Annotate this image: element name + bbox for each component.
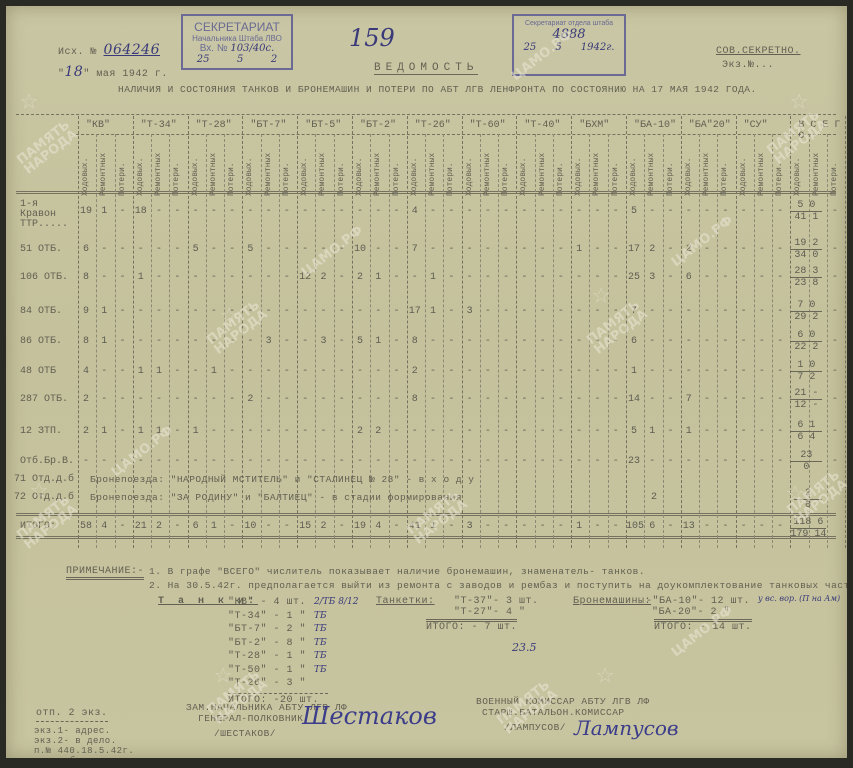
table-cell: - (279, 426, 295, 437)
table-cell: - (169, 272, 185, 283)
table-cell: - (754, 336, 770, 347)
table-cell: - (717, 426, 733, 437)
table-cell: - (115, 244, 131, 255)
table-cell: - (297, 306, 313, 317)
table-cell: 12 (297, 272, 313, 283)
totals-cell: 1 (571, 521, 587, 532)
table-cell: - (754, 272, 770, 283)
table-cell: 8 (407, 336, 423, 347)
table-cell: - (242, 336, 258, 347)
table-cell: - (334, 456, 350, 467)
subcolumn-header: Потери. (227, 141, 236, 196)
table-cell: 3 (315, 336, 331, 347)
row-label: 106 ОТБ. (20, 272, 68, 283)
table-cell: 3 (644, 272, 660, 283)
total-losses: - (827, 244, 843, 255)
table-cell: - (297, 244, 313, 255)
table-cell: 3 (462, 306, 478, 317)
table-cell: - (261, 244, 277, 255)
column-divider (571, 116, 572, 548)
totals-cell: 1 (206, 521, 222, 532)
table-cell: - (206, 456, 222, 467)
table-cell: - (717, 272, 733, 283)
table-cell: 6 (626, 336, 642, 347)
column-divider (516, 116, 517, 548)
subcolumn-header: Ходовых. (793, 141, 802, 196)
column-divider (626, 116, 627, 548)
totals-cell: 58 (78, 521, 94, 532)
subcolumn-header: Ходовых. (739, 141, 748, 196)
column-group-header: "БХМ" (579, 120, 624, 131)
totals-cell: 41 (407, 521, 423, 532)
table-cell: - (717, 456, 733, 467)
column-divider (681, 116, 682, 548)
table-cell: - (206, 272, 222, 283)
subcolumn-header: Потери. (392, 141, 401, 196)
subcolumn-header: Ходовых. (684, 141, 693, 196)
table-cell: - (169, 426, 185, 437)
table-cell: - (717, 336, 733, 347)
table-cell: 1 (133, 272, 149, 283)
distribution-list: экз.1- адрес. экз.2- в дело. п.№ 440.18.… (34, 726, 134, 758)
table-cell: - (699, 336, 715, 347)
totals-cell: 105 (626, 521, 642, 532)
table-cell: - (297, 456, 313, 467)
table-cell: - (133, 456, 149, 467)
table-cell: 1 (370, 336, 386, 347)
table-cell: - (717, 394, 733, 405)
table-cell: - (334, 366, 350, 377)
table-cell: 2 (407, 366, 423, 377)
outgoing-number-line: Исх. № 064246 (58, 42, 160, 58)
table-cell: 17 (407, 306, 423, 317)
table-cell: - (498, 456, 514, 467)
table-cell: - (589, 426, 605, 437)
table-cell: 1 (626, 366, 642, 377)
table-cell: - (608, 336, 624, 347)
table-cell: - (334, 336, 350, 347)
table-cell: - (261, 206, 277, 217)
table-cell: 25 (626, 272, 642, 283)
table-cell: - (115, 426, 131, 437)
table-cell: - (151, 336, 167, 347)
total-denominator: 22 2 (790, 342, 822, 353)
tankette-item: "Т-27"- 4 " (454, 607, 539, 618)
table-cell: - (352, 456, 368, 467)
star-watermark-icon: ☆ (30, 471, 48, 508)
totals-cell: - (772, 521, 788, 532)
table-cell: - (498, 306, 514, 317)
table-cell: - (535, 366, 551, 377)
totals-cell: - (608, 521, 624, 532)
staff-stamp: Секретариат отдела штаба 4888 25 5 1942г… (512, 14, 626, 76)
folio-number: 159 (349, 24, 395, 52)
tank-item: "КВ" - 4 шт. (228, 596, 328, 610)
grand-total-denominator: 179 14 (790, 529, 826, 540)
table-cell: - (462, 244, 478, 255)
table-cell: - (370, 206, 386, 217)
table-cell: - (462, 394, 478, 405)
star-watermark-icon: ☆ (596, 656, 614, 693)
totals-cell: - (224, 521, 240, 532)
subcolumn-header: Потери. (775, 141, 784, 196)
table-cell: - (188, 272, 204, 283)
staff-stamp-year: 1942г. (581, 42, 615, 53)
table-cell: - (188, 366, 204, 377)
table-cell: 5 (352, 336, 368, 347)
total-numerator: 21 - (790, 388, 822, 400)
table-cell: - (516, 426, 532, 437)
column-group-header: "Т-60" (470, 120, 515, 131)
table-cell: 1 (425, 272, 441, 283)
table-cell: - (188, 306, 204, 317)
table-cell: - (425, 456, 441, 467)
table-cell: - (389, 244, 405, 255)
table-cell: - (389, 272, 405, 283)
row-label: 287 ОТБ. (20, 394, 68, 405)
subcolumn-header: Ремонтных (812, 141, 821, 196)
table-cell: - (663, 206, 679, 217)
table-cell: 17 (626, 244, 642, 255)
subcolumn-header: Ремонтных (428, 141, 437, 196)
subcolumn-header: Ходовых. (245, 141, 254, 196)
table-cell: - (133, 394, 149, 405)
table-cell: - (115, 272, 131, 283)
table-cell: - (261, 456, 277, 467)
table-cell: 5 (242, 244, 258, 255)
table-cell: - (315, 244, 331, 255)
table-cell: - (169, 456, 185, 467)
table-cell: - (115, 336, 131, 347)
table-cell: - (188, 206, 204, 217)
table-cell: - (754, 206, 770, 217)
table-cell: - (736, 206, 752, 217)
table-cell: - (663, 306, 679, 317)
total-numerator: 5 0 (790, 200, 822, 212)
table-cell: - (206, 426, 222, 437)
table-cell: - (608, 426, 624, 437)
totals-cell: 10 (242, 521, 258, 532)
column-divider (78, 116, 79, 548)
table-cell: - (681, 336, 697, 347)
table-cell: - (389, 456, 405, 467)
total-denominator: 12 - (790, 400, 822, 411)
total-numerator: 19 2 (790, 238, 822, 250)
table-cell: - (535, 336, 551, 347)
table-cell: 10 (352, 244, 368, 255)
table-cell: - (224, 426, 240, 437)
totals-cell: - (480, 521, 496, 532)
totals-cell: - (261, 521, 277, 532)
table-cell: - (736, 244, 752, 255)
armored-cars-handwritten-note: у вс. вор. (П на Ам) (758, 594, 840, 603)
copy-2: экз.2- в дело. (34, 736, 134, 746)
table-cell: 1 (96, 206, 112, 217)
table-cell: - (663, 456, 679, 467)
table-cell: - (699, 206, 715, 217)
table-cell: 4 (407, 206, 423, 217)
subcolumn-header: Ремонтных (702, 141, 711, 196)
table-cell: - (754, 426, 770, 437)
table-cell: - (608, 366, 624, 377)
table-cell: 6 (681, 272, 697, 283)
subcolumn-header: Ходовых. (81, 141, 90, 196)
tankettes-list: "Т-37"- 3 шт. "Т-27"- 4 " (454, 596, 539, 618)
table-cell: - (663, 394, 679, 405)
staff-stamp-number: 4888 (514, 27, 624, 42)
table-cell: - (717, 366, 733, 377)
total-numerator: 1 0 (790, 360, 822, 372)
table-cell: - (681, 206, 697, 217)
table-cell: - (772, 456, 788, 467)
row-label: 84 ОТБ. (20, 306, 62, 317)
totals-cell: - (115, 521, 131, 532)
table-cell: - (315, 306, 331, 317)
table-cell: - (188, 394, 204, 405)
totals-cell: - (663, 521, 679, 532)
tank-item: "Т-34" - 1 " (228, 610, 328, 624)
table-cell: - (754, 306, 770, 317)
table-cell: - (772, 306, 788, 317)
table-cell: - (699, 394, 715, 405)
signer-1-signature: Шестаков (302, 702, 437, 730)
table-cell: - (571, 394, 587, 405)
table-cell: - (462, 426, 478, 437)
table-cell: - (553, 366, 569, 377)
table-cell: 23 (626, 456, 642, 467)
table-cell: 2 (352, 426, 368, 437)
table-cell: - (589, 456, 605, 467)
outgoing-number: 064246 (104, 42, 160, 58)
secretariat-stamp: СЕКРЕТАРИАТ Начальника Штаба ЛВО Вх. № 1… (181, 14, 293, 70)
table-cell: - (681, 366, 697, 377)
date-day: 18 (65, 64, 84, 80)
subcolumn-header: Потери. (282, 141, 291, 196)
table-cell: - (352, 366, 368, 377)
table-cell: - (553, 244, 569, 255)
table-cell: - (754, 366, 770, 377)
subcolumn-header: Ремонтных (154, 141, 163, 196)
table-cell: - (297, 426, 313, 437)
table-cell: - (334, 426, 350, 437)
table-cell: - (206, 206, 222, 217)
table-cell: - (206, 244, 222, 255)
tank-item: "Т-28" - 1 " (228, 650, 328, 664)
table-cell: 5 (188, 244, 204, 255)
star-watermark-icon: ☆ (20, 82, 38, 119)
totals-cell: 6 (644, 521, 660, 532)
table-cell: - (279, 206, 295, 217)
table-cell: - (754, 244, 770, 255)
table-cell: - (297, 336, 313, 347)
table-cell: - (279, 394, 295, 405)
table-cell: - (589, 336, 605, 347)
table-cell: 1 (571, 244, 587, 255)
armored-car-item: "БА-20"- 2 " (646, 607, 750, 618)
table-cell: - (644, 336, 660, 347)
table-cell: - (443, 426, 459, 437)
document-subtitle: НАЛИЧИЯ И СОСТОЯНИЯ ТАНКОВ И БРОНЕМАШИН … (118, 84, 757, 95)
armored-train-71-text: Бронепоезда: "НАРОДНЫЙ МСТИТЕЛЬ" и "СТАЛ… (90, 474, 474, 485)
total-losses: - (827, 336, 843, 347)
table-cell: - (535, 394, 551, 405)
subcolumn-header: Потери. (666, 141, 675, 196)
stamp-incoming-label: Вх. № (200, 43, 228, 54)
table-cell: - (224, 366, 240, 377)
stamp-date-year: 2 (271, 54, 277, 65)
table-cell: - (772, 394, 788, 405)
subcolumn-header: Ходовых. (355, 141, 364, 196)
table-cell: - (736, 394, 752, 405)
total-denominator: 6 4 (790, 432, 822, 443)
staff-stamp-day: 25 (524, 42, 537, 53)
table-cell: - (644, 366, 660, 377)
copies-count: отп. 2 экз. (36, 708, 108, 722)
table-top-border (16, 114, 836, 115)
table-cell: - (261, 366, 277, 377)
subcolumn-header: Потери. (611, 141, 620, 196)
table-cell: - (516, 336, 532, 347)
totals-cell: - (535, 521, 551, 532)
table-cell: - (553, 306, 569, 317)
totals-cell: 4 (370, 521, 386, 532)
table-cell: - (407, 426, 423, 437)
table-cell: - (663, 426, 679, 437)
column-group-header: "СУ" (744, 120, 789, 131)
table-cell: - (589, 244, 605, 255)
table-cell: - (389, 336, 405, 347)
table-cell: - (498, 394, 514, 405)
table-cell: 1 (206, 366, 222, 377)
table-cell: - (480, 306, 496, 317)
table-cell: - (443, 244, 459, 255)
pamyat-naroda-watermark: ПАМЯТЬНАРОДА (15, 119, 80, 177)
signer-2-title: ВОЕННЫЙ КОМИССАР АБТУ ЛГВ ЛФ (476, 696, 650, 707)
table-cell: - (334, 394, 350, 405)
table-cell: - (242, 366, 258, 377)
table-cell: - (553, 426, 569, 437)
subcolumn-header: Ремонтных (318, 141, 327, 196)
table-cell: 1 (133, 426, 149, 437)
copy-number: Экз.№... (722, 60, 774, 71)
table-cell: 5 (626, 206, 642, 217)
tanks-handwritten-notes: 2/ТБ 8/12 ТБ ТБ ТБ ТБ ТБ (314, 596, 358, 677)
column-group-header: В С Е Г О (798, 120, 843, 142)
table-cell: - (425, 206, 441, 217)
totals-cell: 13 (681, 521, 697, 532)
table-cell: - (699, 426, 715, 437)
table-cell: - (334, 244, 350, 255)
total-numerator: 6 0 (790, 330, 822, 342)
table-cell: - (188, 456, 204, 467)
armored-car-item: -"БА-10"- 12 шт. (646, 596, 750, 607)
table-cell: 1 (151, 366, 167, 377)
table-cell: - (389, 426, 405, 437)
table-cell: - (151, 456, 167, 467)
totals-cell: 2 (151, 521, 167, 532)
table-cell: - (151, 306, 167, 317)
notes-label: ПРИМЕЧАНИЕ:- (66, 566, 144, 580)
total-denominator: 29 2 (790, 312, 822, 323)
table-cell: - (96, 394, 112, 405)
document-page: Исх. № 064246 "18" мая 1942 г. СЕКРЕТАРИ… (6, 6, 847, 758)
subcolumn-header: Потери. (556, 141, 565, 196)
table-cell: - (334, 306, 350, 317)
total-numerator: 6 1 (790, 420, 822, 432)
handwritten-mid-note: 23.5 (512, 641, 537, 654)
total-denominator: 41 1 (790, 212, 822, 223)
table-cell: - (242, 272, 258, 283)
table-cell: - (736, 272, 752, 283)
table-cell: 3 (261, 336, 277, 347)
reference-number: п.№ 440.18.5.42г. (34, 746, 134, 756)
table-cell: - (315, 206, 331, 217)
document-title: ВЕДОМОСТЬ (374, 62, 478, 75)
row-label: 12 ЗТП. (20, 426, 62, 437)
table-cell: - (644, 394, 660, 405)
table-cell: - (772, 366, 788, 377)
tank-item: "Т-26" - 3 " (228, 677, 328, 691)
table-cell: - (115, 366, 131, 377)
column-group-header: "БТ-5" (305, 120, 350, 131)
table-cell: - (425, 336, 441, 347)
note-1: 1. В графе "ВСЕГО" числитель показывает … (149, 566, 645, 577)
table-cell: - (443, 206, 459, 217)
table-cell: - (96, 272, 112, 283)
table-cell: 2 (242, 394, 258, 405)
table-cell: - (681, 456, 697, 467)
totals-cell: 2 (315, 521, 331, 532)
note-2: 2. На 30.5.42г. предполагается выйти из … (149, 580, 847, 591)
totals-cell: 1 (425, 521, 441, 532)
table-cell: - (315, 394, 331, 405)
totals-cell: 21 (133, 521, 149, 532)
subcolumn-header: Потери. (118, 141, 127, 196)
subcolumn-header: Ходовых. (410, 141, 419, 196)
table-cell: - (425, 394, 441, 405)
total-numerator: 28 3 (790, 266, 822, 278)
grand-total-numerator: 118 6 (790, 517, 826, 529)
totals-cell: - (589, 521, 605, 532)
table-cell: - (553, 206, 569, 217)
table-cell: - (663, 272, 679, 283)
table-cell: - (370, 456, 386, 467)
table-cell: - (516, 244, 532, 255)
table-cell: - (151, 206, 167, 217)
stamp-date-month: 5 (237, 54, 243, 65)
table-cell: - (315, 366, 331, 377)
table-cell: 8 (407, 394, 423, 405)
table-cell: - (169, 206, 185, 217)
table-cell: - (115, 456, 131, 467)
table-cell: - (242, 456, 258, 467)
column-group-header: "БТ-7" (250, 120, 295, 131)
table-cell: - (589, 394, 605, 405)
table-cell: - (297, 206, 313, 217)
table-cell: - (206, 394, 222, 405)
table-cell: - (169, 244, 185, 255)
table-cell: - (224, 206, 240, 217)
column-group-header: "БТ-2" (360, 120, 405, 131)
total-denominator: 34 0 (790, 250, 822, 261)
total-losses: - (827, 366, 843, 377)
table-cell: - (462, 272, 478, 283)
subcolumn-header: Ходовых. (465, 141, 474, 196)
table-cell: - (352, 206, 368, 217)
table-cell: - (644, 306, 660, 317)
subcolumn-header: Ремонтных (209, 141, 218, 196)
subcolumn-header: Ремонтных (538, 141, 547, 196)
